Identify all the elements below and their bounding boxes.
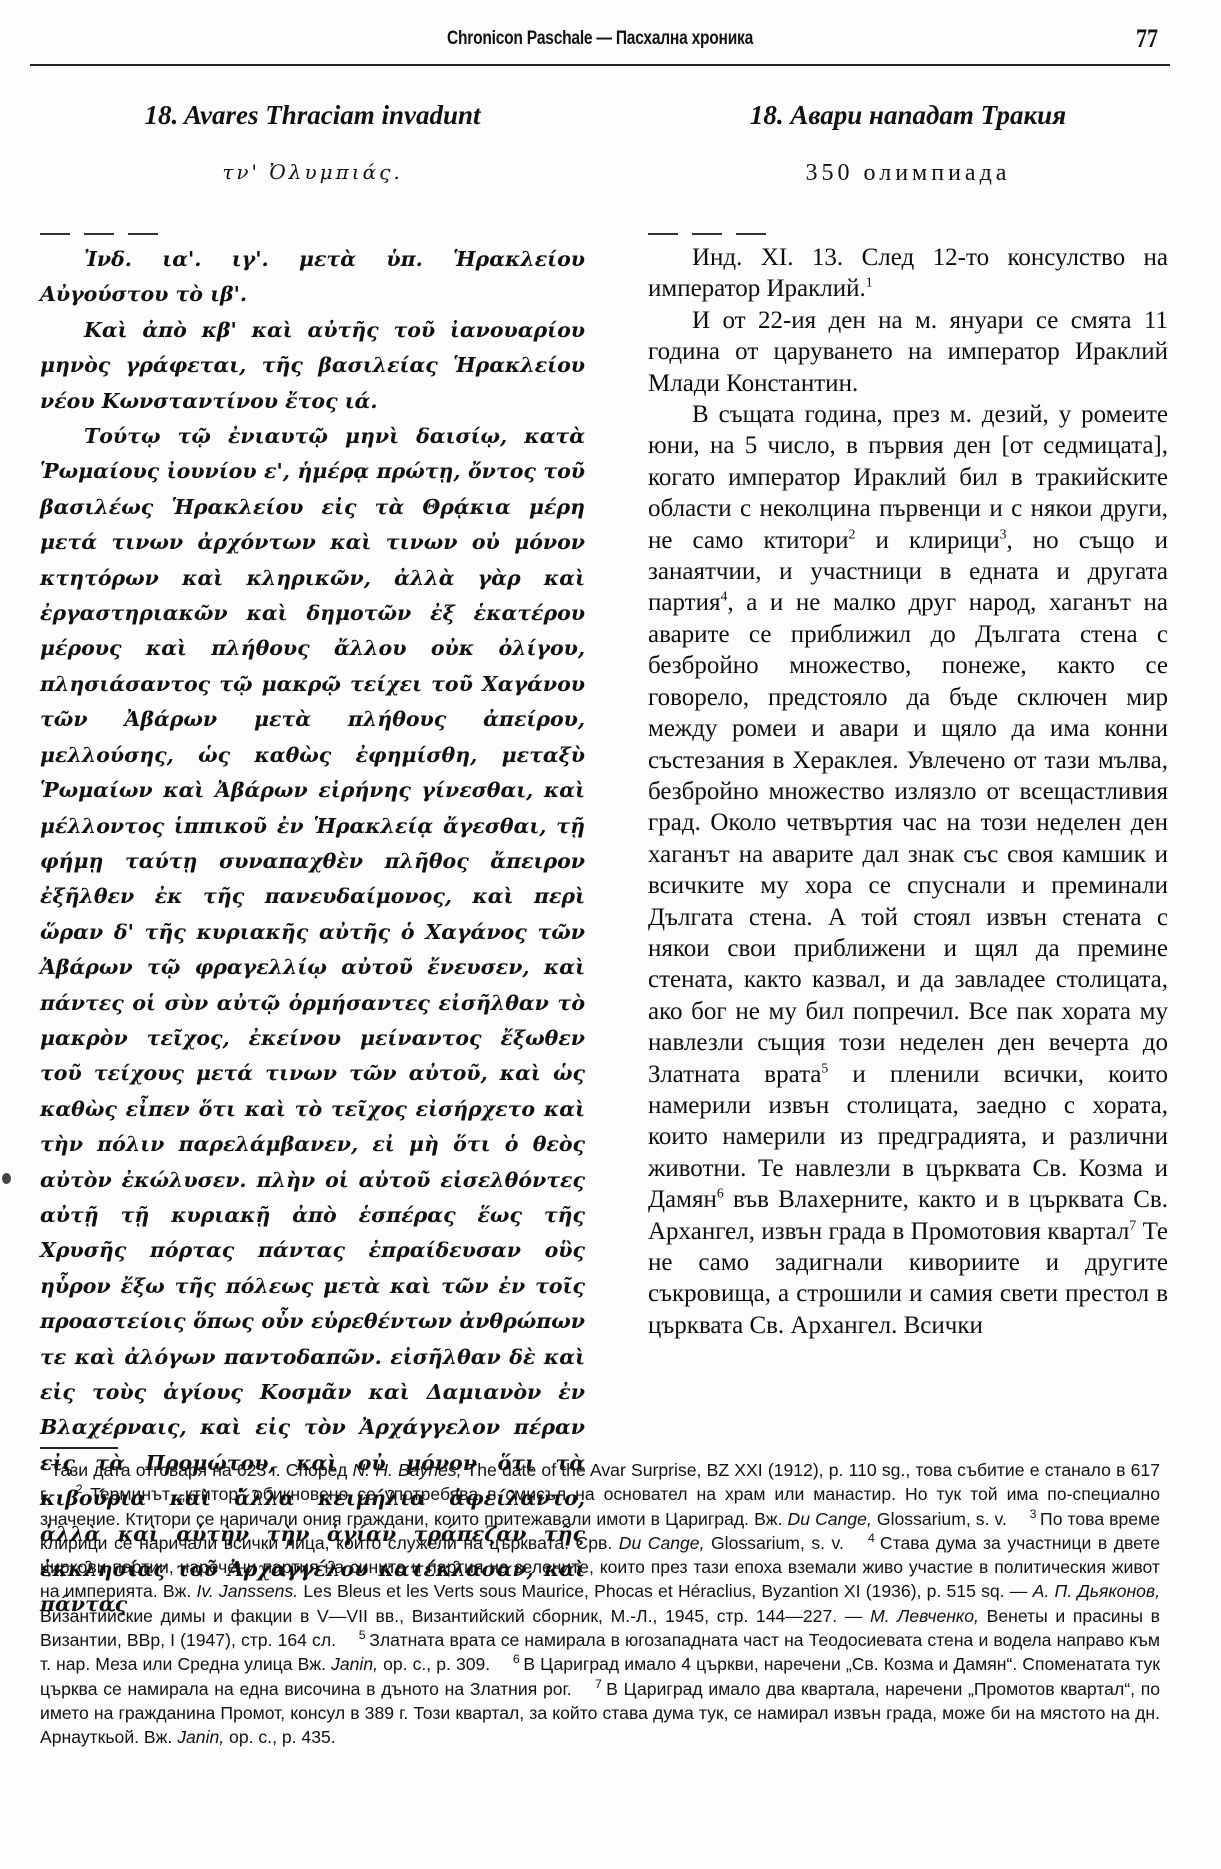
footnote-text: Glossarium, s. v.: [872, 1509, 1007, 1529]
footnote-ref[interactable]: 6: [717, 1186, 724, 1201]
olympiad-greek-label: τν' Ὀλυμπιάς.: [222, 160, 402, 184]
footnote-text: N. H. Baynes,: [352, 1460, 461, 1480]
section-dashes: [40, 226, 585, 242]
footnote-number: 6: [513, 1653, 523, 1667]
paragraph-text: , а и не малко друг народ, хаганът на ав…: [648, 589, 1168, 1087]
olympiad-bulgarian-label: 350 олимпиада: [806, 160, 1011, 186]
paragraph-text: във Влахерните, както и в църквата Св. А…: [648, 1186, 1168, 1244]
page-number: 77: [1136, 24, 1158, 54]
footnote-number: 7: [595, 1677, 606, 1691]
footnote-number: 4: [868, 1531, 880, 1545]
footnote-text: А. П. Дьяконов,: [1033, 1581, 1160, 1601]
footnote-text: Glossarium, s. v.: [704, 1533, 843, 1553]
footnote-number: 2: [76, 1482, 90, 1496]
section-title-latin: 18. Avares Thraciam invadunt: [40, 100, 585, 138]
bulgarian-paragraph: В същата година, през м. дезий, у ромеит…: [648, 399, 1168, 1341]
footnote-text: Du Cange,: [788, 1509, 872, 1529]
running-title: Chronicon Paschale — Пасхална хроника: [133, 28, 1068, 50]
section-title-bulgarian: 18. Авари нападат Тракия: [648, 100, 1168, 138]
greek-text: Ἰνδ. ια'. ιγ'. μετὰ ὑπ. Ἡρακλείου Αὐγούσ…: [40, 242, 585, 1623]
bulgarian-paragraph: И от 22-ия ден на м. януари се смята 11 …: [648, 305, 1168, 399]
footnote-2: 2 Терминът „ктитор“ обикновено се употре…: [40, 1484, 1160, 1528]
footnote-text: op. c., p. 435.: [224, 1727, 336, 1747]
greek-column: 18. Avares Thraciam invadunt τν' Ὀλυμπιά…: [40, 100, 585, 1623]
greek-paragraph: Ἰνδ. ια'. ιγ'. μετὰ ὑπ. Ἡρακλείου Αὐγούσ…: [40, 242, 585, 313]
footnote-number: 1: [40, 1458, 51, 1472]
running-header: Chronicon Paschale — Пасхална хроника 77: [30, 22, 1170, 66]
footnote-text: Janin,: [331, 1654, 378, 1674]
footnote-text: op. c., p. 309.: [378, 1654, 490, 1674]
footnote-text: М. Левченко,: [870, 1606, 979, 1626]
paragraph-text: и клирици: [855, 527, 999, 554]
footnotes: 1 Тази дата отговаря на 623 г. Според N.…: [40, 1458, 1160, 1750]
ink-blot: [2, 1173, 11, 1184]
bulgarian-text: Инд. XI. 13. След 12-то консулство на им…: [648, 242, 1168, 1341]
footnote-number: 3: [1030, 1507, 1040, 1521]
footnote-text: Тази дата отговаря на 623 г. Според: [51, 1460, 353, 1480]
olympiad-bulgarian: 350 олимпиада: [648, 160, 1168, 196]
book-page: Chronicon Paschale — Пасхална хроника 77…: [0, 0, 1221, 1869]
footnote-number: 5: [359, 1628, 370, 1642]
footnote-text: Византийские димы и факции в V—VII вв., …: [40, 1606, 870, 1626]
greek-paragraph: Καὶ ἀπὸ κβ' καὶ αὐτῆς τοῦ ἰανουαρίου μην…: [40, 313, 585, 419]
footnote-text: Janin,: [177, 1727, 224, 1747]
footnote-text: Les Bleus et les Verts sous Maurice, Pho…: [298, 1581, 1032, 1601]
bulgarian-paragraph: Инд. XI. 13. След 12-то консулство на им…: [648, 242, 1168, 305]
greek-paragraph: Τούτῳ τῷ ἐνιαυτῷ μηνὶ δαισίῳ, κατὰ Ῥωμαί…: [40, 419, 585, 1623]
paragraph-text: Инд. XI. 13. След 12-то консулство на им…: [648, 244, 1168, 302]
section-dashes: [648, 226, 1168, 242]
bulgarian-column: 18. Авари нападат Тракия 350 олимпиада И…: [648, 100, 1168, 1341]
footnote-text: Iv. Janssens.: [196, 1581, 298, 1601]
footnote-ref[interactable]: 1: [866, 275, 873, 290]
olympiad-greek: τν' Ὀλυμπιάς.: [40, 160, 585, 196]
footnote-text: Du Cange,: [619, 1533, 705, 1553]
footnote-rule: [40, 1447, 118, 1449]
